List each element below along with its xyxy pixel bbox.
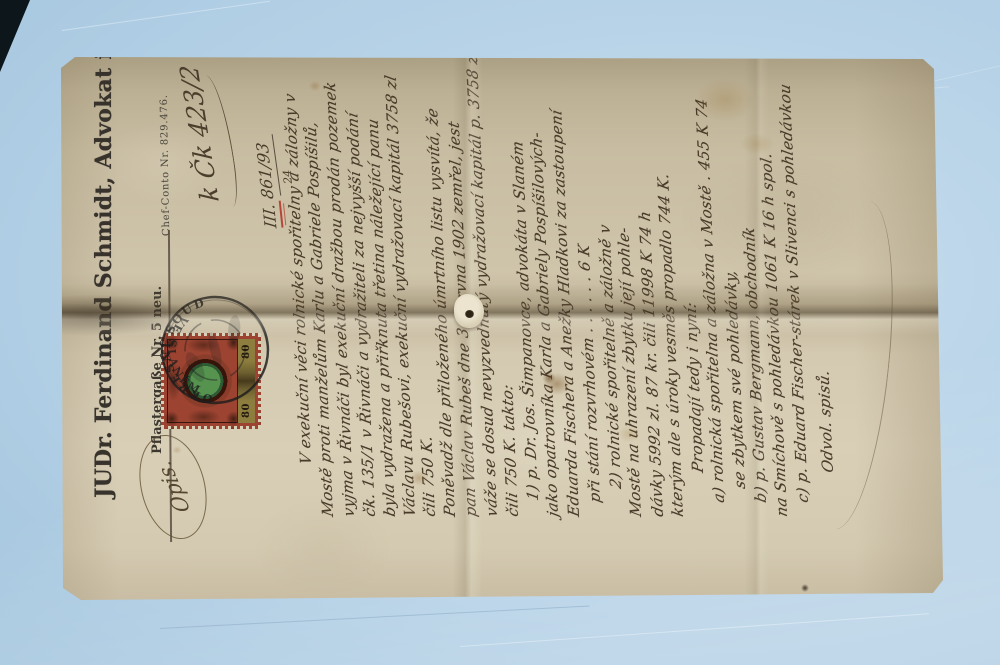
surface-scratch [62, 1, 270, 31]
paper-stains [57, 52, 943, 602]
surface-scratch [160, 605, 589, 629]
dark-corner-shadow [0, 0, 30, 72]
surface-scratch [460, 613, 929, 647]
photo-of-document: JUDr. Ferdinand Schmidt, Advokat in Prag… [0, 0, 1000, 665]
folded-document-paper: JUDr. Ferdinand Schmidt, Advokat in Prag… [57, 52, 943, 602]
